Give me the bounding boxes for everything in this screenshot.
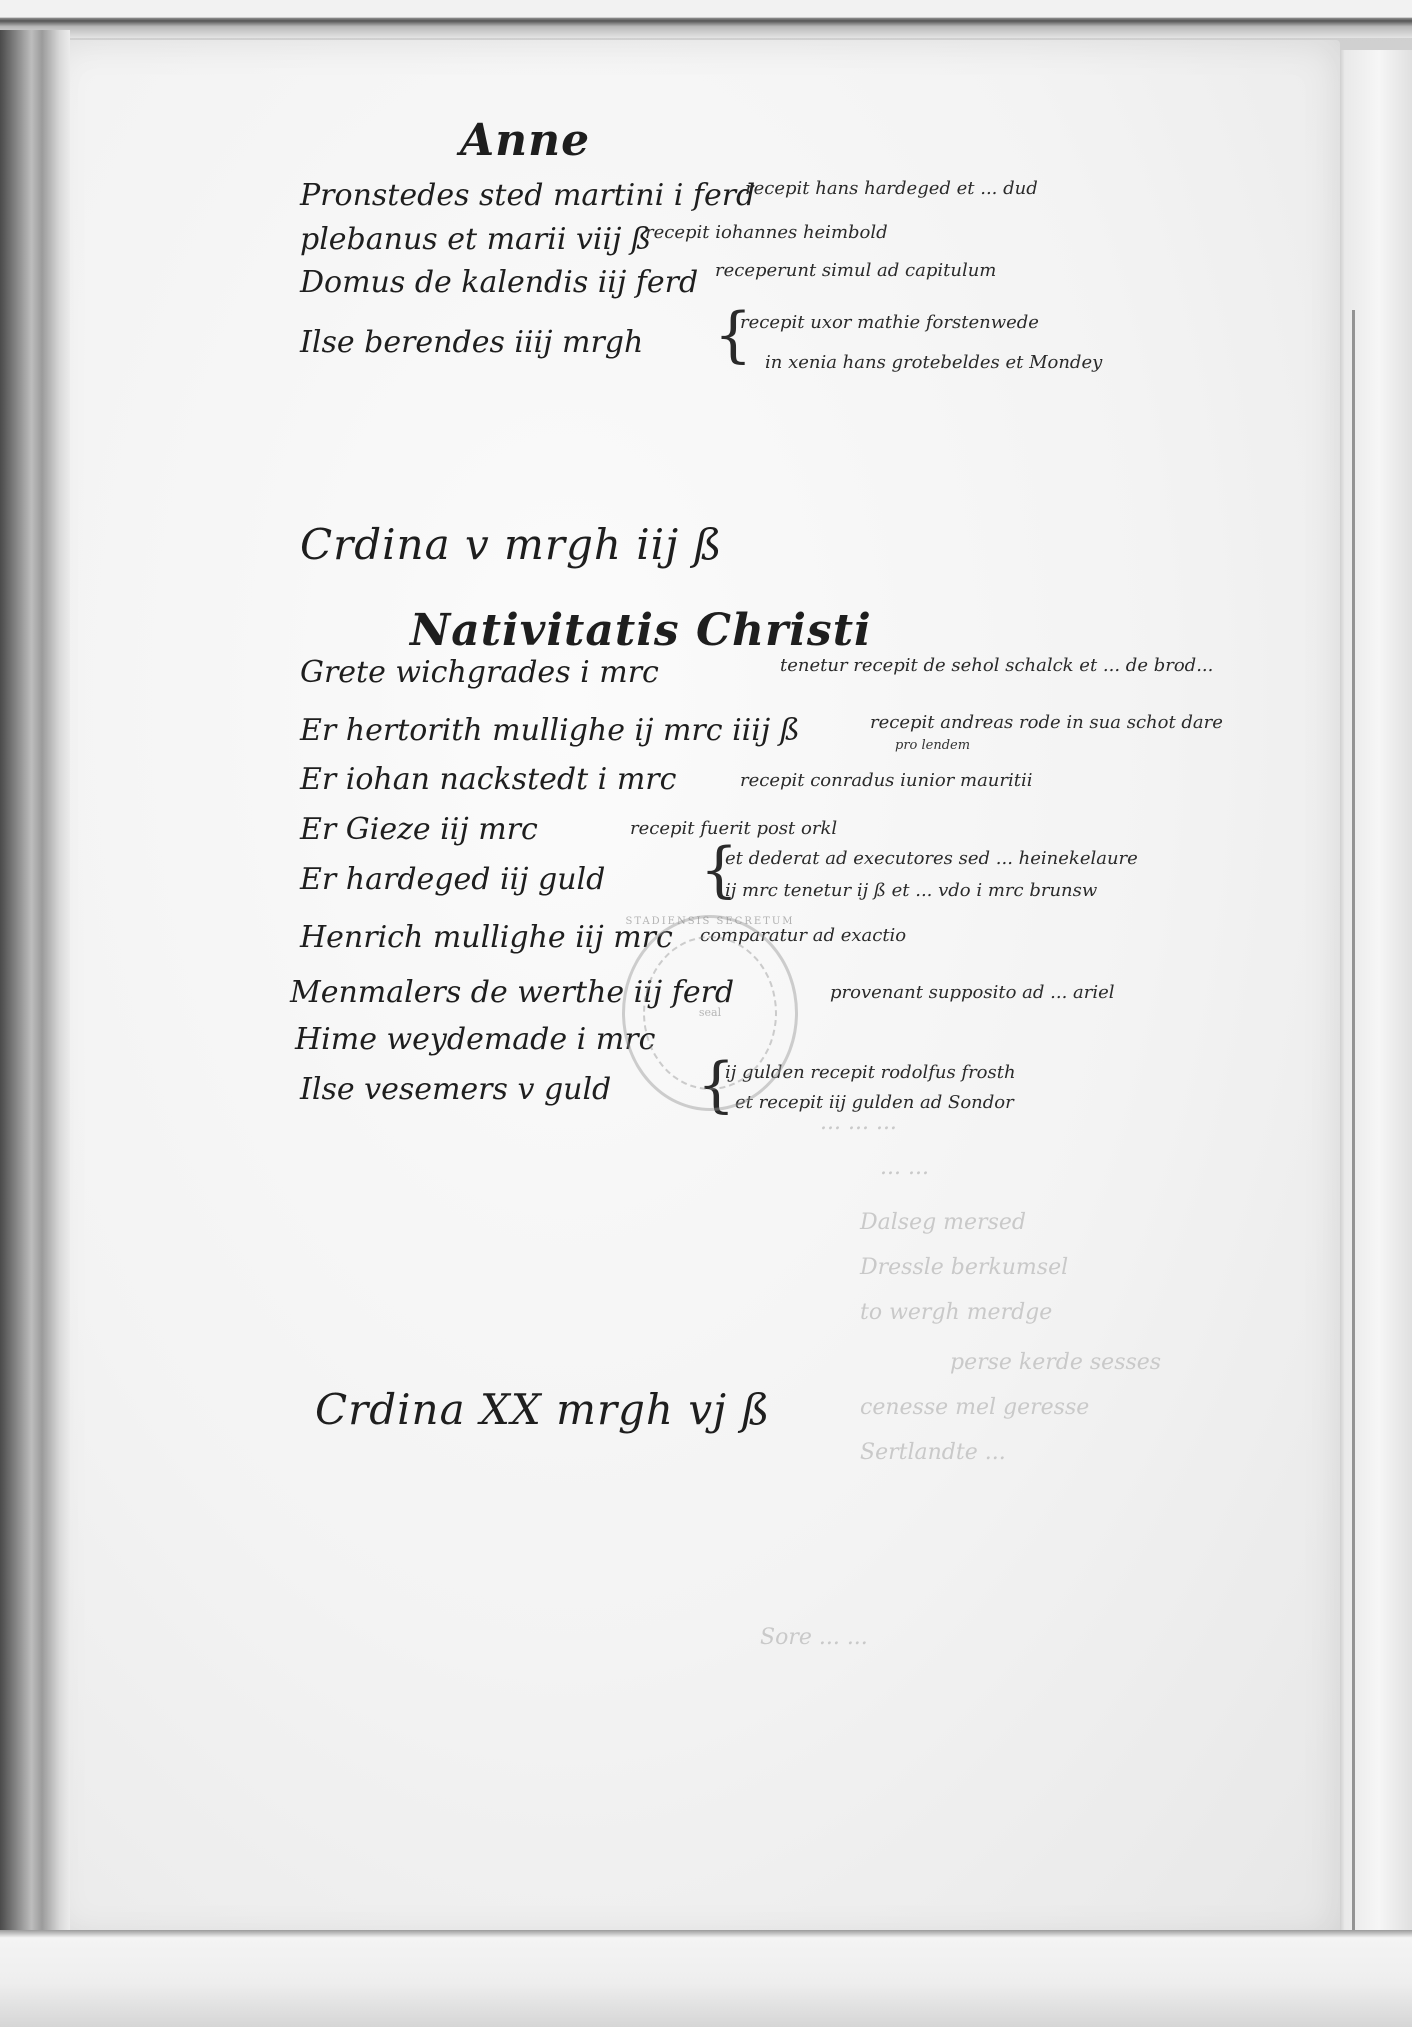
stamp-center-text: seal (699, 1006, 721, 1019)
bleed-through-line: ... ... ... (820, 1110, 897, 1135)
section-heading: Nativitatis Christi (410, 605, 872, 656)
entry-text: Hime weydemade i mrc (295, 1022, 655, 1057)
entry-text: Pronstedes sted martini i ferd (300, 178, 755, 213)
entry-gloss: et recepit iij gulden ad Sondor (735, 1092, 1014, 1113)
entry-text: Er iohan nackstedt i mrc (300, 762, 676, 797)
entry-gloss: recepit andreas rode in sua schot dare (870, 712, 1223, 733)
bleed-through-line: Dalseg mersed (860, 1210, 1026, 1235)
leaf-fold (1352, 310, 1355, 1930)
entry-text: Grete wichgrades i mrc (300, 655, 659, 690)
entry-gloss: recepit uxor mathie forstenwede (740, 312, 1039, 333)
bleed-through-line: cenesse mel geresse (860, 1395, 1089, 1420)
book-top-edge (0, 0, 1412, 38)
bleed-through-line: perse kerde sesses (950, 1350, 1161, 1375)
entry-gloss: tenetur recepit de sehol schalck et ... … (780, 655, 1213, 676)
entry-text: Henrich mullighe iij mrc (300, 920, 673, 955)
entry-gloss: pro lendem (895, 738, 970, 753)
section-heading: Crdina v mrgh iij ß (300, 520, 723, 569)
bleed-through-line: Sertlandte ... (860, 1440, 1006, 1465)
entry-text: Er Gieze iij mrc (300, 812, 538, 847)
entry-gloss: recepit hans hardeged et ... dud (745, 178, 1038, 199)
entry-text: plebanus et marii viij ß (300, 222, 651, 257)
entry-gloss: ij mrc tenetur ij ß et ... vdo i mrc bru… (725, 880, 1097, 901)
book-bottom-edge (0, 1930, 1412, 2027)
entry-gloss: recepit iohannes heimbold (645, 222, 888, 243)
entry-text: Er hertorith mullighe ij mrc iiij ß (300, 713, 800, 748)
bleed-through-line: ... ... (880, 1155, 929, 1180)
entry-gloss: in xenia hans grotebeldes et Mondey (765, 352, 1102, 373)
stamp-ring-text: STADIENSIS SECRETUM (625, 916, 795, 927)
bleed-through-line: Sore ... ... (760, 1625, 868, 1650)
section-heading: Crdina XX mrgh vj ß (315, 1385, 770, 1434)
entry-text: Domus de kalendis iij ferd (300, 265, 698, 300)
entry-gloss: et dederat ad executores sed ... heineke… (725, 848, 1138, 869)
entry-gloss: recepit conradus iunior mauritii (740, 770, 1033, 791)
section-heading: Anne (460, 115, 590, 166)
entry-text: Ilse vesemers v guld (300, 1072, 611, 1107)
archive-stamp: STADIENSIS SECRETUM seal (622, 915, 798, 1111)
book-binding (0, 30, 70, 1970)
entry-gloss: receperunt simul ad capitulum (715, 260, 996, 281)
adjacent-leaf (1330, 50, 1412, 1930)
entry-text: Ilse berendes iiij mrgh (300, 325, 643, 360)
bleed-through-line: Dressle berkumsel (860, 1255, 1068, 1280)
stamp-center: seal (643, 936, 777, 1090)
bleed-through-line: to wergh merdge (860, 1300, 1052, 1325)
entry-gloss: provenant supposito ad ... ariel (830, 982, 1115, 1003)
entry-text: Er hardeged iij guld (300, 862, 605, 897)
